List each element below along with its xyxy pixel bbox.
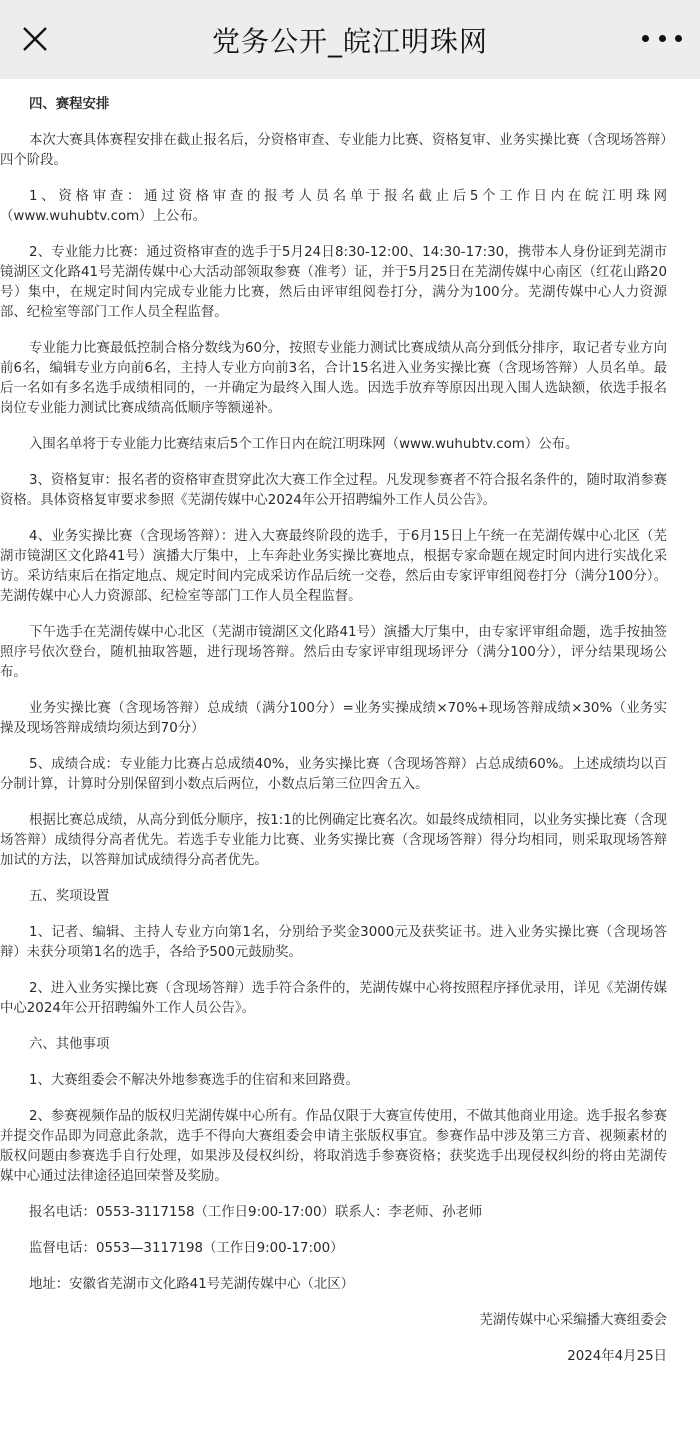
schedule-intro: 本次大赛具体赛程安排在截止报名后，分资格审查、专业能力比赛、资格复审、业务实操比… — [0, 131, 667, 171]
schedule-item-shortlist: 入围名单将于专业能力比赛结束后5个工作日内在皖江明珠网（www.wuhubtv.… — [0, 435, 667, 455]
section-heading-schedule: 四、赛程安排 — [0, 95, 667, 115]
schedule-item-requalification: 3、资格复审：报名者的资格审查贯穿此次大赛工作全过程。凡发现参赛者不符合报名条件… — [0, 471, 667, 511]
article-body: 四、赛程安排 本次大赛具体赛程安排在截止报名后，分资格审查、专业能力比赛、资格复… — [0, 79, 700, 1367]
schedule-item-score-synthesis: 5、成绩合成：专业能力比赛占总成绩40%，业务实操比赛（含现场答辩）占总成绩60… — [0, 755, 667, 795]
organizer-signature: 芜湖传媒中心采编播大赛组委会 — [0, 1311, 667, 1331]
other-item-2: 2、参赛视频作品的版权归芜湖传媒中心所有。作品仅限于大赛宣传使用，不做其他商业用… — [0, 1107, 667, 1187]
schedule-item-ranking: 根据比赛总成绩，从高分到低分顺序，按1:1的比例确定比赛名次。如最终成绩相同，以… — [0, 811, 667, 871]
close-icon — [18, 22, 52, 56]
close-button[interactable] — [18, 22, 52, 56]
more-dots-icon — [642, 35, 649, 42]
schedule-item-professional-detail: 专业能力比赛最低控制合格分数线为60分，按照专业能力测试比赛成绩从高分到低分排序… — [0, 339, 667, 419]
address: 地址：安徽省芜湖市文化路41号芜湖传媒中心（北区） — [0, 1275, 667, 1295]
top-navigation-bar: 党务公开_皖江明珠网 — [0, 0, 700, 79]
other-item-1: 1、大赛组委会不解决外地参赛选手的住宿和来回路费。 — [0, 1071, 667, 1091]
signup-phone: 报名电话：0553-3117158（工作日9:00-17:00）联系人：李老师、… — [0, 1203, 667, 1223]
awards-item-1: 1、记者、编辑、主持人专业方向第1名，分别给予奖金3000元及获奖证书。进入业务… — [0, 923, 667, 963]
schedule-item-professional-competition: 2、专业能力比赛：通过资格审查的选手于5月24日8:30-12:00、14:30… — [0, 243, 667, 323]
more-dots-icon — [659, 35, 666, 42]
page-title: 党务公开_皖江明珠网 — [212, 20, 488, 60]
supervise-phone: 监督电话：0553—3117198（工作日9:00-17:00） — [0, 1239, 667, 1259]
section-heading-other: 六、其他事项 — [0, 1035, 667, 1055]
schedule-item-qualification-review: 1、资格审查：通过资格审查的报考人员名单于报名截止后5个工作日内在皖江明珠网（w… — [0, 187, 667, 227]
awards-item-2: 2、进入业务实操比赛（含现场答辩）选手符合条件的，芜湖传媒中心将按照程序择优录用… — [0, 979, 667, 1019]
schedule-item-score-formula: 业务实操比赛（含现场答辩）总成绩（满分100分）=业务实操成绩×70%+现场答辩… — [0, 699, 667, 739]
section-heading-awards: 五、奖项设置 — [0, 887, 667, 907]
schedule-item-afternoon-defense: 下午选手在芜湖传媒中心北区（芜湖市镜湖区文化路41号）演播大厅集中，由专家评审组… — [0, 623, 667, 683]
schedule-item-practical-competition: 4、业务实操比赛（含现场答辩）：进入大赛最终阶段的选手，于6月15日上午统一在芜… — [0, 527, 667, 607]
publish-date: 2024年4月25日 — [0, 1347, 667, 1367]
more-options-button[interactable] — [642, 28, 682, 48]
more-dots-icon — [675, 35, 682, 42]
